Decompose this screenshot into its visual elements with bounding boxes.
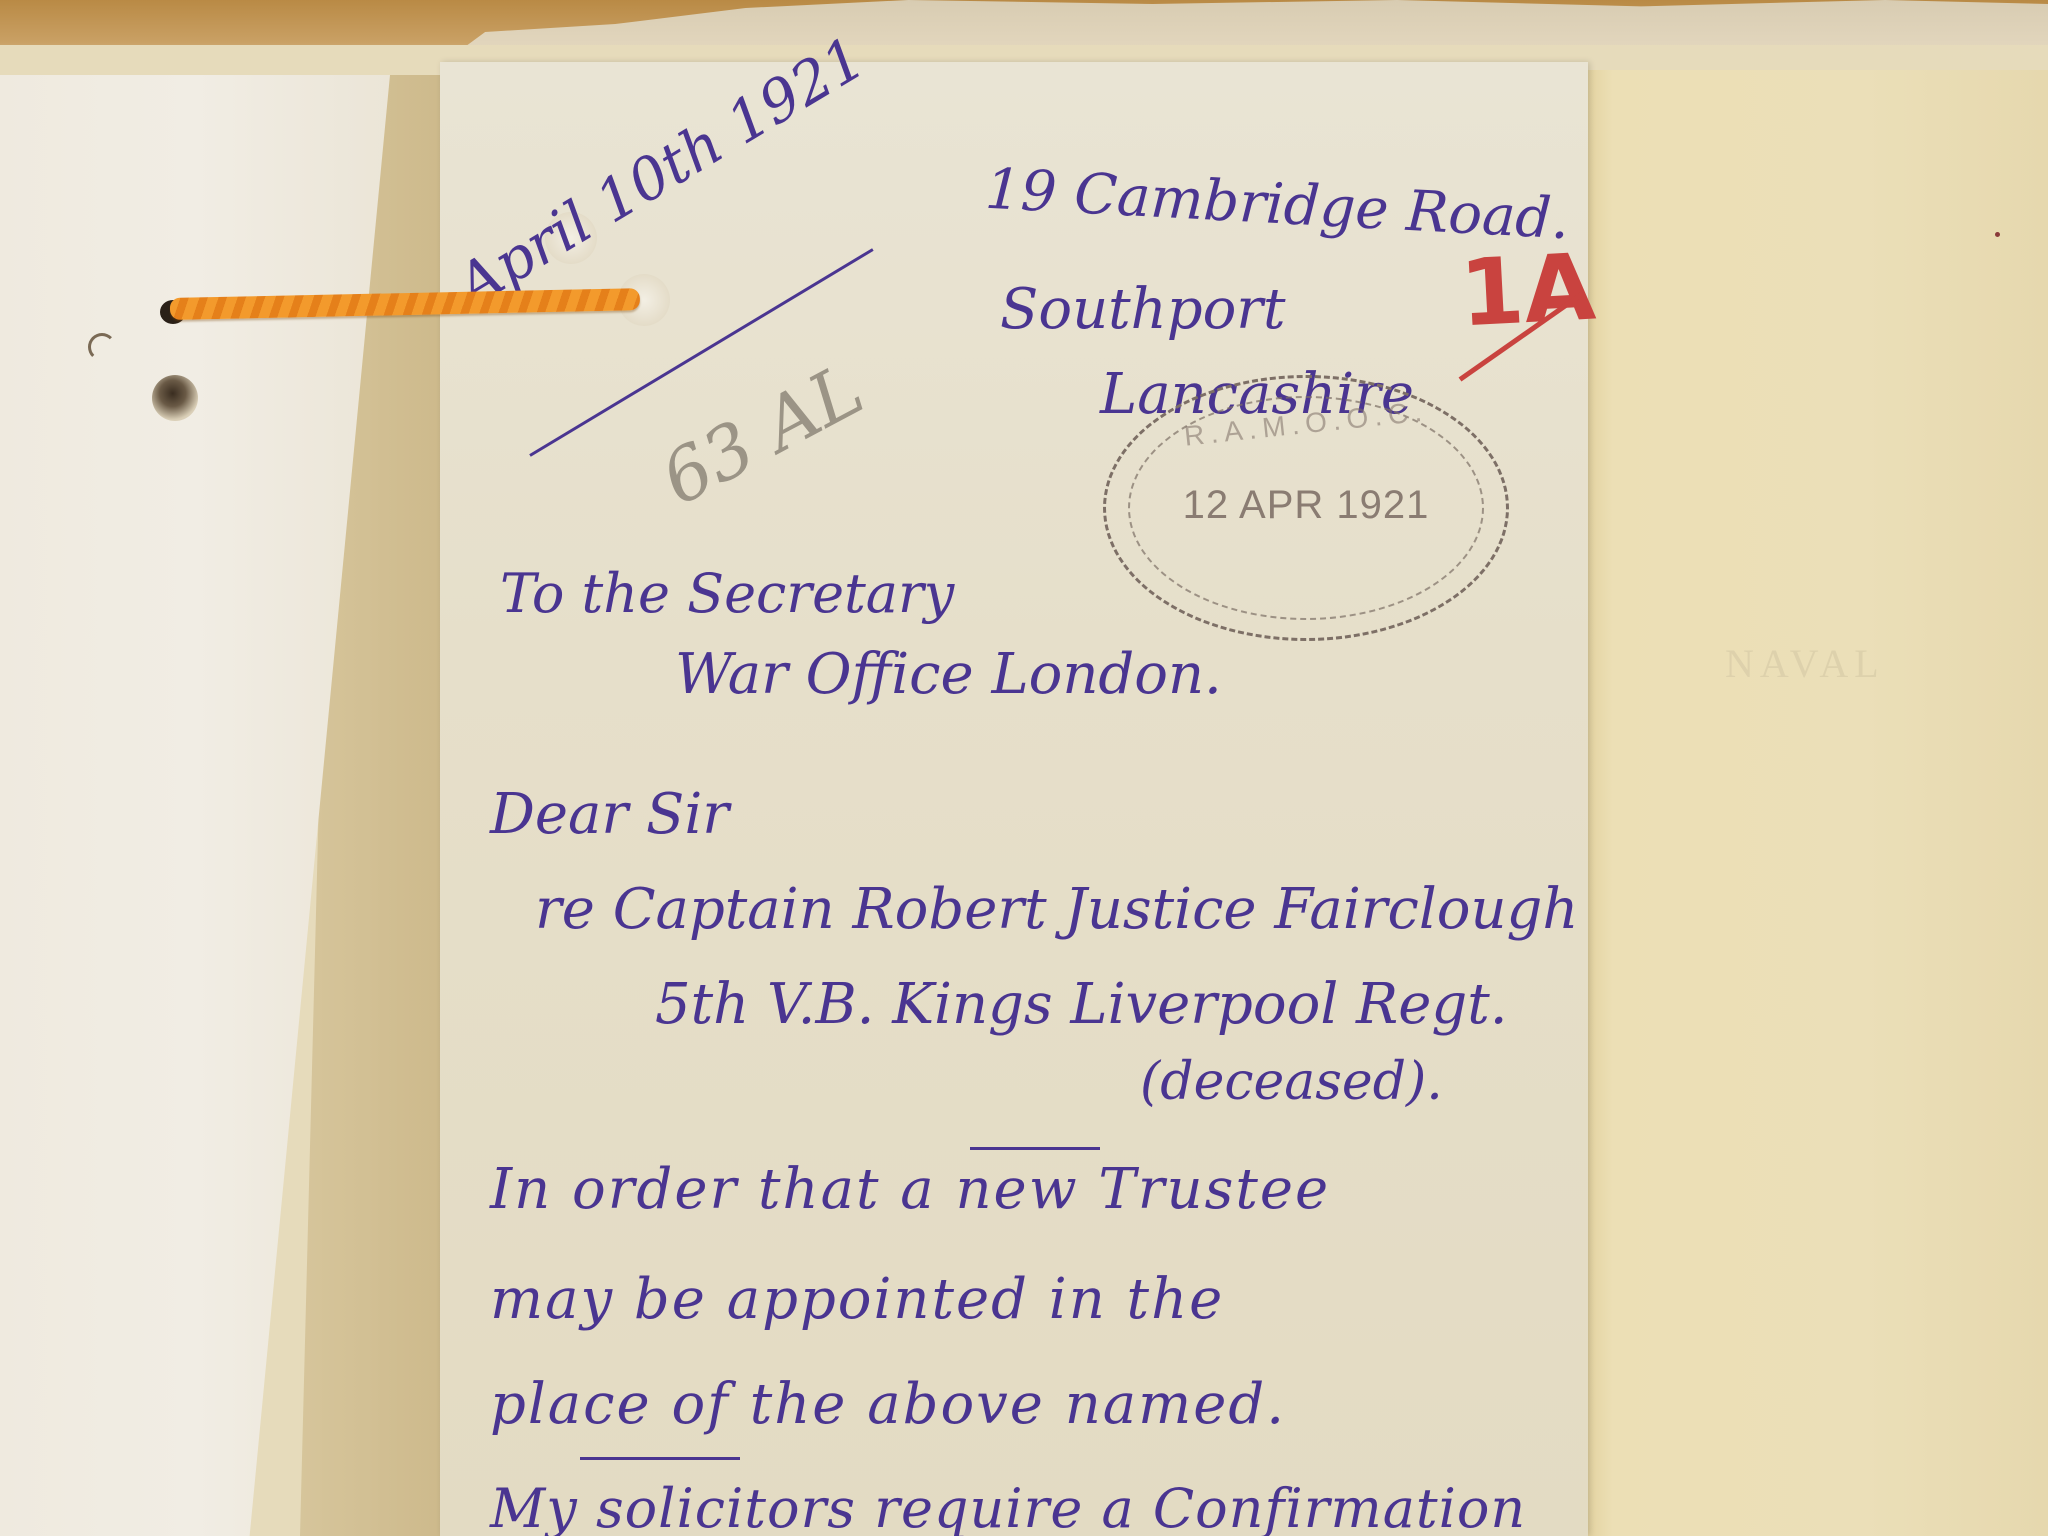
pen-overline [970,1147,1100,1150]
ink-speck [1995,232,2000,237]
reference-line-2: 5th V.B. Kings Liverpool Regt. [655,972,1508,1037]
address-line-2: Southport [1000,277,1286,342]
stamp-date: 12 APR 1921 [1106,483,1506,528]
pen-overline [580,1457,740,1460]
body-line: My solicitors require a Confirmation [490,1477,1526,1536]
recipient-line-2: War Office London. [675,642,1222,707]
punch-hole-left [152,375,198,421]
pencil-reference: 63 AL [648,347,877,522]
letter-sheet: April 10th 1921 63 AL 19 Cambridge Road.… [440,62,1588,1536]
reference-line-3: (deceased). [1140,1052,1443,1112]
address-line-1: 19 Cambridge Road. [984,157,1571,253]
recipient-line-1: To the Secretary [500,562,954,625]
letter-date: April 10th 1921 [445,23,877,320]
right-page: NAVAL [1585,70,2048,1536]
received-stamp: R.A.M.O.O.C. 12 APR 1921 [1103,375,1509,641]
salutation: Dear Sir [490,782,729,847]
faint-print-text: NAVAL [1725,640,2025,700]
body-line: may be appointed in the [490,1267,1224,1332]
body-line: place of the above named. [490,1372,1286,1437]
punch-hole-small [88,333,116,361]
body-line: In order that a new Trustee [490,1157,1330,1222]
photo-scene: NAVAL April 10th 1921 63 AL 19 Cambridge… [0,0,2048,1536]
reference-line-1: re Captain Robert Justice Fairclough [535,877,1578,942]
